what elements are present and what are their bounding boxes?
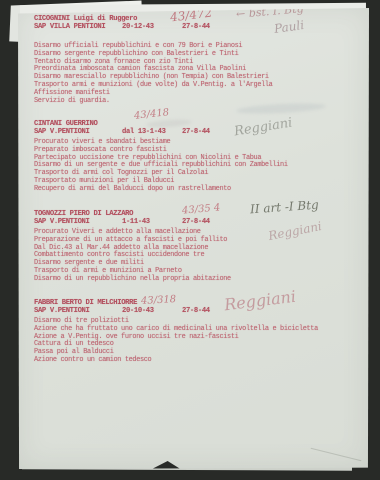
unit-name: SAP V.PENTIONI bbox=[34, 129, 90, 137]
action-line: Azione contro un camion tedesco bbox=[34, 357, 318, 365]
unit-date-line: SAP V.PENTIONI 1-11-43 27-8-44 bbox=[34, 219, 231, 228]
record-section-4: FABBRI BERTO DI MELCHIORRE SAP V.PENTION… bbox=[34, 299, 318, 365]
end-date: 27-8-44 bbox=[182, 308, 210, 316]
unit-date-line: SAP V.PENTIONI 20-10-43 27-8-44 bbox=[34, 308, 318, 317]
end-date: 27-8-44 bbox=[182, 24, 210, 32]
record-section-1: CICOGNINI Luigi di Ruggero SAP VILLA PEN… bbox=[34, 15, 272, 105]
photo-background: CICOGNINI Luigi di Ruggero SAP VILLA PEN… bbox=[0, 0, 380, 480]
handwritten-battalion-note: II art -I Btg bbox=[250, 198, 320, 217]
record-section-3: TOGNOZZI PIERO DI LAZZARO SAP V.PENTIONI… bbox=[34, 210, 231, 284]
handwritten-signature: Reggiani bbox=[267, 219, 323, 243]
enlist-date: dal 13-1-43 bbox=[122, 129, 166, 137]
document-page: CICOGNINI Luigi di Ruggero SAP VILLA PEN… bbox=[18, 8, 369, 469]
handwritten-signature: Pauli bbox=[273, 18, 305, 36]
enlist-date: 20-12-43 bbox=[122, 24, 154, 32]
enlist-date: 20-10-43 bbox=[122, 308, 154, 316]
unit-name: SAP V.PENTIONI bbox=[34, 219, 90, 227]
enlist-date: 1-11-43 bbox=[122, 219, 150, 227]
action-line: Disarmo di un repubblichino nella propri… bbox=[34, 276, 231, 284]
unit-date-line: SAP VILLA PENTIONI 20-12-43 27-8-44 bbox=[34, 24, 272, 33]
end-date: 27-8-44 bbox=[182, 219, 210, 227]
end-date: 27-8-44 bbox=[182, 129, 210, 137]
paper-crease bbox=[311, 448, 362, 462]
action-line: Recupero di armi del Balducci dopo un ra… bbox=[34, 186, 288, 194]
handwritten-registry-number: 43/318 bbox=[141, 294, 177, 307]
unit-name: SAP VILLA PENTIONI bbox=[34, 24, 105, 32]
unit-name: SAP V.PENTIONI bbox=[34, 308, 90, 316]
action-line: Servizio di guardia. bbox=[34, 98, 272, 106]
